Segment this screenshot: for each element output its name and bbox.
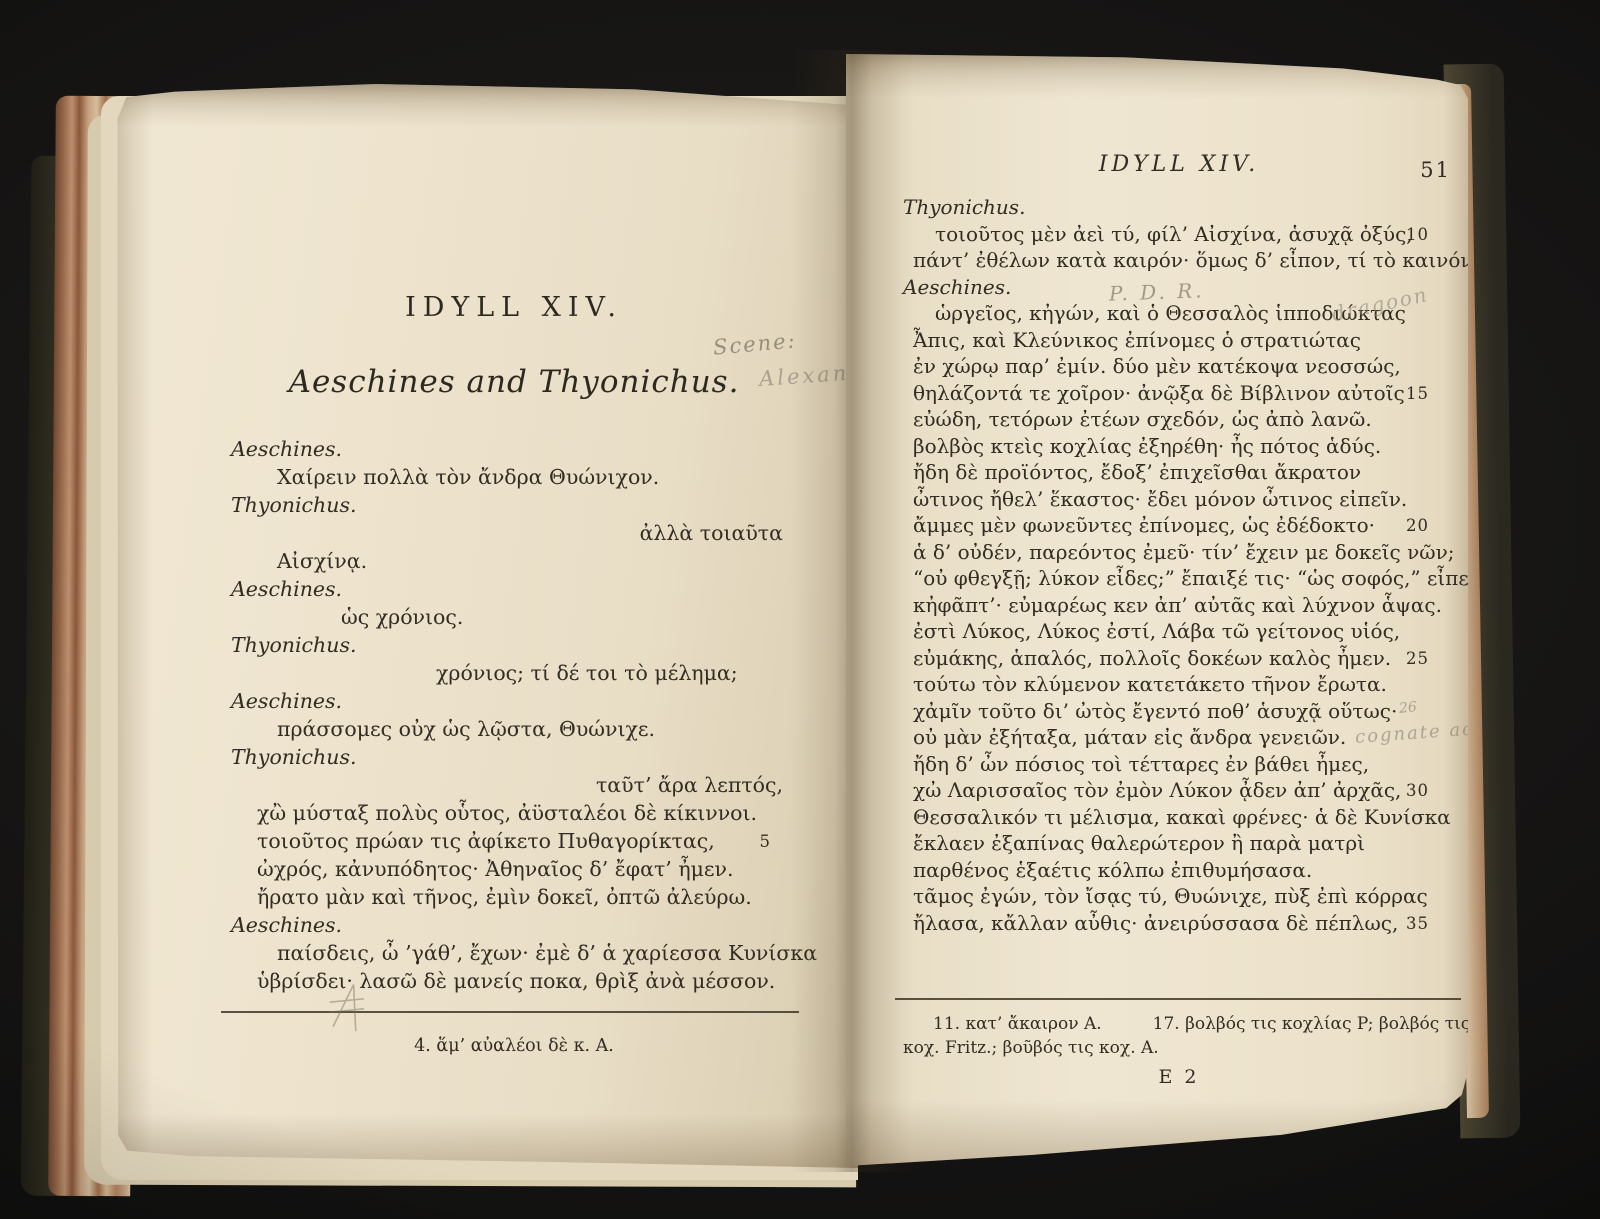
verse-line-number: 20 <box>1406 516 1429 535</box>
verse-line: ἀλλὰ τοιαῦτα <box>231 521 797 549</box>
line-text: ἄμμες μὲν φωνεῦντες ἐπίνομες, ὡς ἐδέδοκτ… <box>913 513 1375 537</box>
verse-line-number: 25 <box>1406 649 1429 668</box>
verse-line: τούτω τὸν κλύμενον κατετάκετο τῆνον ἔρωτ… <box>903 672 1455 699</box>
line-text: θηλάζοντά τε χοῖρον· ἀνῷξα δὲ Βίβλινον α… <box>913 381 1405 405</box>
pencil-annotation-gloss-ref: 26 <box>1398 699 1417 717</box>
critical-apparatus: 11. κατ’ ἄκαιρον Α. 17. βολβός τις κοχλί… <box>903 1012 1455 1060</box>
right-page: IDYLL XIV. 51 Thyonichus.τοιοῦτος μὲν ἀε… <box>846 54 1468 1166</box>
verse-line: βολβὸς κτεὶς κοχλίας ἐξηρέθη· ἦς πότος ἁ… <box>903 434 1455 461</box>
verse-line: Ἆπις, καὶ Κλεύνικος ἐπίνομες ὁ στρατιώτα… <box>903 328 1455 355</box>
right-page-text-column: IDYLL XIV. 51 Thyonichus.τοιοῦτος μὲν ἀε… <box>903 54 1455 1166</box>
verse-line: ὦτινος ἤθελ’ ἕκαστος· ἔδει μόνον ὦτινος … <box>903 487 1455 514</box>
line-text: Χαίρειν πολλὰ τὸν ἄνδρα Θυώνιχον. <box>277 465 659 489</box>
line-text: Aeschines. <box>231 913 342 937</box>
line-text: κἠφᾶπτ’· εὐμαρέως κεν ἀπ’ αὐτᾶς καὶ λύχν… <box>913 593 1442 617</box>
pencil-doodle-mark <box>324 978 370 1040</box>
speaker-label: Thyonichus. <box>903 195 1455 222</box>
verse-line: εὐώδη, τετόρων ἐτέων σχεδόν, ὡς ἀπὸ λανῶ… <box>903 407 1455 434</box>
line-text: τούτω τὸν κλύμενον κατετάκετο τῆνον ἔρωτ… <box>913 672 1387 696</box>
photo-background: IDYLL XIV. Aeschines and Thyonichus. Aes… <box>0 0 1600 1219</box>
line-text: ἐν χώρῳ παρ’ ἐμίν. δύο μὲν κατέκοψα νεοσ… <box>913 354 1401 378</box>
line-text: Aeschines. <box>231 437 342 461</box>
line-text: Thyonichus. <box>231 745 356 769</box>
line-text: παρθένος ἑξαέτις κόλπω ἐπιθυμήσασα. <box>913 858 1312 882</box>
apparatus-line: 11. κατ’ ἄκαιρον Α. 17. βολβός τις κοχλί… <box>903 1012 1455 1036</box>
line-text: ἐστὶ Λύκος, Λύκος ἐστί, Λάβα τῶ γείτονος… <box>913 619 1400 643</box>
verse-line: τοιοῦτος μὲν ἀεὶ τύ, φίλ’ Αἰσχίνα, ἁσυχᾷ… <box>903 222 1455 249</box>
line-text: εὐμάκης, ἁπαλός, πολλοῖς δοκέων καλὸς ἦμ… <box>913 646 1391 670</box>
verse-line: ὑβρίσδει· λασῶ δὲ μανείς ποκα, θρὶξ ἀνὰ … <box>231 969 797 997</box>
line-text: εὐώδη, τετόρων ἐτέων σχεδόν, ὡς ἀπὸ λανῶ… <box>913 407 1372 431</box>
verse-line: ἔκλαεν ἐξαπίνας θαλερώτερον ἢ παρὰ ματρὶ <box>903 831 1455 858</box>
speaker-label: Aeschines. <box>231 437 797 465</box>
verse-line: ἤδη δ’ ὦν πόσιος τοὶ τέτταρες ἐν βάθει ἦ… <box>903 752 1455 779</box>
verse-line: “οὐ φθεγξῇ; λύκον εἶδες;” ἔπαιξέ τις· “ὡ… <box>903 566 1455 593</box>
verse-line: πράσσομες οὐχ ὡς λῷστα, Θυώνιχε. <box>231 717 797 745</box>
line-text: ἤρατο μὰν καὶ τῆνος, ἐμὶν δοκεῖ, ὀπτῶ ἀλ… <box>257 885 752 909</box>
verse-line: χἀμῖν τοῦτο δι’ ὠτὸς ἔγεντό ποθ’ ἁσυχᾷ ο… <box>903 699 1455 726</box>
line-text: ὡς χρόνιος. <box>341 605 463 629</box>
speaker-label: Aeschines. <box>231 577 797 605</box>
signature-mark: E 2 <box>903 1066 1455 1088</box>
verse-line-number: 10 <box>1406 225 1429 244</box>
verse-line: τᾶμος ἐγών, τὸν ἴσᾳς τύ, Θυώνιχε, πὺξ ἐπ… <box>903 884 1455 911</box>
verse-line: ἐν χώρῳ παρ’ ἐμίν. δύο μὲν κατέκοψα νεοσ… <box>903 354 1455 381</box>
verse-line: χὠ Λαρισσαῖος τὸν ἐμὸν Λύκον ᾆδεν ἀπ’ ἀρ… <box>903 778 1455 805</box>
verse-line: παίσδεις, ὦ ’γάθ’, ἔχων· ἐμὲ δ’ ἁ χαρίεσ… <box>231 941 797 969</box>
line-text: ἔκλαεν ἐξαπίνας θαλερώτερον ἢ παρὰ ματρὶ <box>913 831 1365 855</box>
verse-line: ἤρατο μὰν καὶ τῆνος, ἐμὶν δοκεῖ, ὀπτῶ ἀλ… <box>231 885 797 913</box>
left-page: IDYLL XIV. Aeschines and Thyonichus. Aes… <box>116 84 858 1168</box>
footnote-rule <box>895 998 1461 1000</box>
verse-line: κἠφᾶπτ’· εὐμαρέως κεν ἀπ’ αὐτᾶς καὶ λύχν… <box>903 593 1455 620</box>
line-text: χἀμῖν τοῦτο δι’ ὠτὸς ἔγεντό ποθ’ ἁσυχᾷ ο… <box>913 699 1397 723</box>
line-text: Αἰσχίνᾳ. <box>277 549 367 573</box>
line-text: Aeschines. <box>903 275 1011 299</box>
speaker-label: Aeschines. <box>231 913 797 941</box>
verse-line: χρόνιος; τί δέ τοι τὸ μέλημα; <box>231 661 797 689</box>
verse-line: ἄμμες μὲν φωνεῦντες ἐπίνομες, ὡς ἐδέδοκτ… <box>903 513 1455 540</box>
verse-line: ἤδη δὲ προϊόντος, ἔδοξ’ ἐπιχεῖσθαι ἄκρατ… <box>903 460 1455 487</box>
verse-line-number: 5 <box>760 832 772 851</box>
line-text: παίσδεις, ὦ ’γάθ’, ἔχων· ἐμὲ δ’ ἁ χαρίεσ… <box>277 941 817 965</box>
page-title: IDYLL XIV. <box>231 292 797 323</box>
line-text: χρόνιος; τί δέ τοι τὸ μέλημα; <box>436 661 738 685</box>
speaker-label: Thyonichus. <box>231 633 797 661</box>
pencil-annotation-scene-label: Scene: <box>712 328 797 359</box>
line-text: οὐ μὰν ἐξήταξα, μάταν εἰς ἄνδρα γενειῶν. <box>913 725 1346 749</box>
pencil-doodle-icon <box>324 978 369 1036</box>
verse-line: ἁ δ’ οὐδέν, παρεόντος ἐμεῦ· τίν’ ἔχειν μ… <box>903 540 1455 567</box>
verse-line: τοιοῦτος πρώαν τις ἀφίκετο Πυθαγορίκτας,… <box>231 829 797 857</box>
verse-line: ταῦτ’ ἄρα λεπτός, <box>231 773 797 801</box>
verse-line-number: 35 <box>1406 914 1429 933</box>
footnote: 4. ἅμ’ αὐαλέοι δὲ κ. Α. <box>231 1036 797 1056</box>
line-text: πράσσομες οὐχ ὡς λῷστα, Θυώνιχε. <box>277 717 655 741</box>
verse-line: ὠχρός, κἀνυπόδητος· Ἀθηναῖος δ’ ἔφατ’ ἦμ… <box>231 857 797 885</box>
line-text: τᾶμος ἐγών, τὸν ἴσᾳς τύ, Θυώνιχε, πὺξ ἐπ… <box>913 884 1428 908</box>
footnote-rule <box>221 1011 799 1013</box>
line-text: πάντ’ ἐθέλων κατὰ καιρόν· ὅμως δ’ εἶπον,… <box>913 248 1479 272</box>
section-subtitle: Aeschines and Thyonichus. <box>231 364 797 400</box>
verse-line-number: 15 <box>1406 384 1429 403</box>
line-text: Thyonichus. <box>231 493 356 517</box>
apparatus-line: κοχ. Fritz.; βοῦβός τις κοχ. Α. <box>903 1036 1455 1060</box>
line-text: βολβὸς κτεὶς κοχλίας ἐξηρέθη· ἦς πότος ἁ… <box>913 434 1381 458</box>
verse-line: Χαίρειν πολλὰ τὸν ἄνδρα Θυώνιχον. <box>231 465 797 493</box>
line-text: Aeschines. <box>231 577 342 601</box>
speaker-label: Thyonichus. <box>231 493 797 521</box>
left-page-text-column: IDYLL XIV. Aeschines and Thyonichus. Aes… <box>231 84 797 1168</box>
line-text: ἤδη δ’ ὦν πόσιος τοὶ τέτταρες ἐν βάθει ἦ… <box>913 752 1369 776</box>
speaker-label: Thyonichus. <box>231 745 797 773</box>
line-text: ἀλλὰ τοιαῦτα <box>640 521 783 545</box>
verse-line: ὡς χρόνιος. <box>231 605 797 633</box>
verse-line-number: 30 <box>1406 781 1429 800</box>
line-text: ταῦτ’ ἄρα λεπτός, <box>596 773 783 797</box>
running-header: IDYLL XIV. <box>903 152 1455 177</box>
line-text: ἤδη δὲ προϊόντος, ἔδοξ’ ἐπιχεῖσθαι ἄκρατ… <box>913 460 1361 484</box>
line-text: ὠχρός, κἀνυπόδητος· Ἀθηναῖος δ’ ἔφατ’ ἦμ… <box>257 857 734 881</box>
line-text: ὦτινος ἤθελ’ ἕκαστος· ἔδει μόνον ὦτινος … <box>913 487 1407 511</box>
verse-line: θηλάζοντά τε χοῖρον· ἀνῷξα δὲ Βίβλινον α… <box>903 381 1455 408</box>
line-text: τοιοῦτος πρώαν τις ἀφίκετο Πυθαγορίκτας, <box>257 829 715 853</box>
line-text: τοιοῦτος μὲν ἀεὶ τύ, φίλ’ Αἰσχίνα, ἁσυχᾷ… <box>935 222 1413 246</box>
verse-line: εὐμάκης, ἁπαλός, πολλοῖς δοκέων καλὸς ἦμ… <box>903 646 1455 673</box>
verse-line: πάντ’ ἐθέλων κατὰ καιρόν· ὅμως δ’ εἶπον,… <box>903 248 1455 275</box>
page-number: 51 <box>1420 158 1451 182</box>
line-text: ἁ δ’ οὐδέν, παρεόντος ἐμεῦ· τίν’ ἔχειν μ… <box>913 540 1454 564</box>
line-text: ἤλασα, κἄλλαν αὖθις· ἀνειρύσσασα δὲ πέπλ… <box>913 911 1398 935</box>
verse-line: παρθένος ἑξαέτις κόλπω ἐπιθυμήσασα. <box>903 858 1455 885</box>
dialogue-left: Aeschines.Χαίρειν πολλὰ τὸν ἄνδρα Θυώνιχ… <box>231 437 797 997</box>
speaker-label: Aeschines. <box>231 689 797 717</box>
verse-line: ἤλασα, κἄλλαν αὖθις· ἀνειρύσσασα δὲ πέπλ… <box>903 911 1455 938</box>
line-text: χὠ Λαρισσαῖος τὸν ἐμὸν Λύκον ᾆδεν ἀπ’ ἀρ… <box>913 778 1401 802</box>
verse-line: Αἰσχίνᾳ. <box>231 549 797 577</box>
line-text: Thyonichus. <box>231 633 356 657</box>
verse-line: ἐστὶ Λύκος, Λύκος ἐστί, Λάβα τῶ γείτονος… <box>903 619 1455 646</box>
line-text: Thyonichus. <box>903 195 1025 219</box>
line-text: “οὐ φθεγξῇ; λύκον εἶδες;” ἔπαιξέ τις· “ὡ… <box>913 566 1469 590</box>
pencil-annotation-initials: P. D. R. <box>1109 278 1205 305</box>
verse-line: Θεσσαλικόν τι μέλισμα, κακαὶ φρένες· ἁ δ… <box>903 805 1455 832</box>
verse-line: χὢ μύσταξ πολὺς οὗτος, ἀϋσταλέοι δὲ κίκι… <box>231 801 797 829</box>
line-text: Θεσσαλικόν τι μέλισμα, κακαὶ φρένες· ἁ δ… <box>913 805 1451 829</box>
line-text: χὢ μύσταξ πολὺς οὗτος, ἀϋσταλέοι δὲ κίκι… <box>257 801 757 825</box>
line-text: Ἆπις, καὶ Κλεύνικος ἐπίνομες ὁ στρατιώτα… <box>913 328 1361 352</box>
line-text: Aeschines. <box>231 689 342 713</box>
